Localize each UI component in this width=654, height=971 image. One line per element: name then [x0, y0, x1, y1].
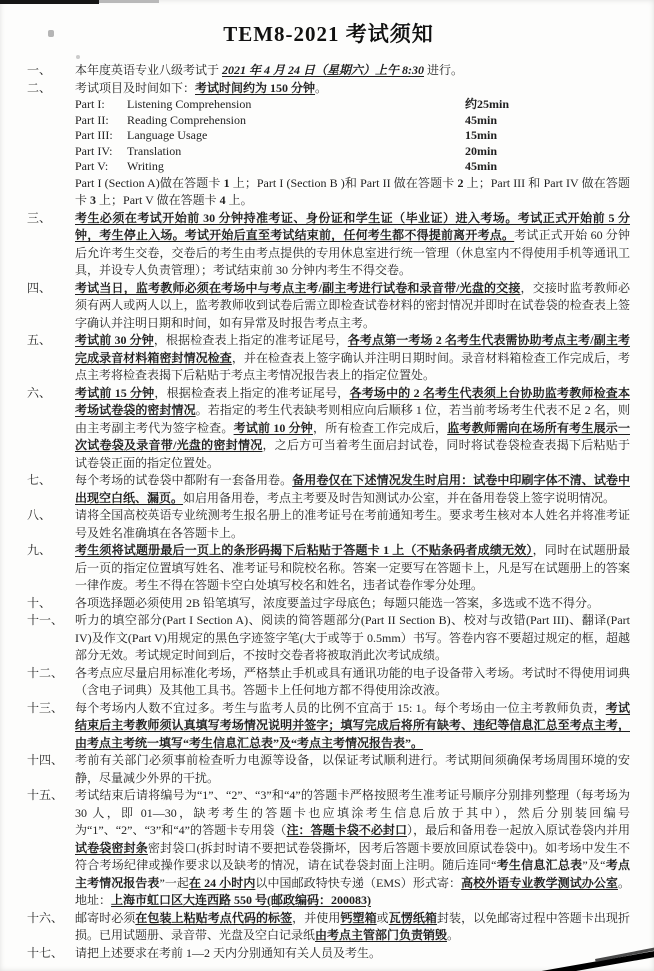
text-segment: ，根据检查表上指定的准考证尾号，: [154, 386, 349, 400]
text-segment: 各考点应尽量启用标准化考场，严格禁止手机或具有通讯功能的电子设备带入考场。考试时…: [75, 666, 630, 698]
notice-item: 一、本年度英语专业八级考试于 2021 年 4 月 24 日（星期六）上午 8:…: [27, 62, 630, 80]
notice-item: 十五、考试结束后请将编号为“1”、“2”、“3”和“4”的答题卡严格按照考生准考…: [27, 787, 630, 910]
text-segment: ，并使用: [292, 911, 340, 925]
text-segment: 或: [377, 911, 389, 925]
document-content: TEM8-2021 考试须知 一、本年度英语专业八级考试于 2021 年 4 月…: [0, 0, 654, 962]
text-segment: 每个考场内人数不宜过多。考生与监考人员的比例不宜高于 15: 1。每个考场由一位…: [75, 701, 606, 715]
text-segment: 各项选择题必须使用 2B 铅笔填写，浓度要盖过字母底色；每题只能选一答案，多选或…: [75, 596, 599, 610]
notice-item: 十四、考前有关部门必须事前检查听力电源等设备，以保证考试顺利进行。考试期间须确保…: [27, 752, 630, 787]
item-text: 邮寄时必须在包装上粘贴考点代码的标签，并使用钙塑箱或瓦愣纸箱封装，以免邮寄过程中…: [75, 910, 630, 945]
item-number: 十一、: [27, 612, 75, 630]
text-segment: 以中国邮政特快专递（EMS）形式寄：: [255, 876, 461, 890]
text-segment: 请将全国高校英语专业统测考生报名册上的准考证号在考前通知考生。要求考生核对本人姓…: [75, 508, 630, 540]
text-segment: 听力的填空部分(Part I Section A)、阅读的简答题部分(Part …: [75, 613, 630, 662]
text-segment: ”及“: [582, 858, 605, 872]
text-segment: 如启用备用卷，考点主考要及时告知测试办公室，并在备用卷袋上签字说明情况。: [183, 491, 615, 505]
item-number: 十七、: [27, 945, 75, 963]
item-text: 考生须将试题册最后一页上的条形码揭下后粘贴于答题卡 1 上（不贴条码者成绩无效）…: [75, 542, 630, 595]
text-segment: ，所有检查工作完成后，: [313, 421, 447, 435]
scan-artifact-smudge: [48, 30, 54, 37]
item-text: 各考点应尽量启用标准化考场，严格禁止手机或具有通讯功能的电子设备带入考场。考试时…: [75, 665, 630, 700]
text-segment: 2021 年 4 月 24 日（星期六）上午 8:30: [222, 63, 424, 77]
notice-item: 三、考生必须在考试开始前 30 分钟持准考证、身份证和学生证（毕业证）进入考场。…: [27, 210, 630, 280]
item-number: 十二、: [27, 665, 75, 683]
item-text: 各项选择题必须使用 2B 铅笔填写，浓度要盖过字母底色；每题只能选一答案，多选或…: [75, 595, 630, 613]
notice-item: 十六、邮寄时必须在包装上粘贴考点代码的标签，并使用钙塑箱或瓦愣纸箱封装，以免邮寄…: [27, 910, 630, 945]
text-segment: ），最后和备用卷一起放入原试卷袋内并用: [407, 823, 630, 837]
item-text: 请把上述要求在考前 1—2 天内分别通知有关人员及考生。: [75, 945, 630, 963]
exam-part-row: Part I:Listening Comprehension约25min: [75, 97, 527, 113]
item-number: 一、: [27, 62, 75, 80]
notice-item: 八、请将全国高校英语专业统测考生报名册上的准考证号在考前通知考生。要求考生核对本…: [27, 507, 630, 542]
text-segment: 由考点主管部门负责销毁: [315, 928, 447, 942]
text-segment: 上海市虹口区大连西路 550 号(邮政编码：200083): [111, 893, 371, 907]
part-name: Listening Comprehension: [127, 97, 465, 113]
item-number: 五、: [27, 332, 75, 350]
part-name: Language Usage: [127, 128, 465, 144]
notice-item: 六、考试前 15 分钟，根据检查表上指定的准考证尾号，各考场中的 2 名考生代表…: [27, 385, 630, 473]
part-name: Writing: [127, 159, 465, 175]
notice-item: 十七、请把上述要求在考前 1—2 天内分别通知有关人员及考生。: [27, 945, 630, 963]
item-text: 考生必须在考试开始前 30 分钟持准考证、身份证和学生证（毕业证）进入考场。考试…: [75, 210, 630, 280]
item-number: 十四、: [27, 752, 75, 770]
text-segment: 在 24 小时内: [189, 876, 255, 890]
part-label: Part II:: [75, 113, 127, 129]
text-segment: 考生信息汇总表: [496, 858, 582, 872]
text-segment: 邮寄时必须: [75, 911, 135, 925]
text-segment: Part I (Section A)做在答题卡: [75, 176, 224, 190]
text-segment: 上；Part V 做在答题卡: [96, 193, 220, 207]
text-segment: 上。: [226, 193, 253, 207]
item-text: 考前有关部门必须事前检查听力电源等设备，以保证考试顺利进行。考试期间须确保考场周…: [75, 752, 630, 787]
document-page: TEM8-2021 考试须知 一、本年度英语专业八级考试于 2021 年 4 月…: [0, 0, 654, 971]
text-segment: 注：答题卡袋不必封口: [286, 823, 407, 837]
text-segment: 钙塑箱: [340, 911, 376, 925]
part-name: Reading Comprehension: [127, 113, 465, 129]
part-label: Part V:: [75, 159, 127, 175]
item-text: 每个考场的试卷袋中都附有一套备用卷。备用卷仅在下述情况发生时启用：试卷中印刷字体…: [75, 472, 630, 507]
exam-part-row: Part II:Reading Comprehension45min: [75, 113, 527, 129]
part-duration: 15min: [465, 128, 527, 144]
item-number: 九、: [27, 542, 75, 560]
exam-part-row: Part III:Language Usage15min: [75, 128, 527, 144]
text-segment: 考试项目及时间如下：: [75, 81, 195, 95]
item-text: 考试当日，监考教师必须在考场中与考点主考/副主考进行试卷和录音带/光盘的交接，交…: [75, 280, 630, 333]
item-number: 三、: [27, 210, 75, 228]
text-segment: 考前有关部门必须事前检查听力电源等设备，以保证考试顺利进行。考试期间须确保考场周…: [75, 753, 630, 785]
part-duration: 约25min: [465, 97, 527, 113]
item-number: 四、: [27, 280, 75, 298]
text-segment: ，根据检查表上指定的准考证尾号，: [154, 333, 348, 347]
item-number: 八、: [27, 507, 75, 525]
text-segment: ”一起: [159, 876, 189, 890]
part-label: Part I:: [75, 97, 127, 113]
scan-artifact-smudge-2: [76, 55, 80, 59]
notice-list: 一、本年度英语专业八级考试于 2021 年 4 月 24 日（星期六）上午 8:…: [27, 62, 630, 962]
text-segment: 高校外语专业教学测试办公室: [461, 876, 618, 890]
item-text: 考试项目及时间如下：考试时间约为 150 分钟。Part I:Listening…: [75, 80, 630, 210]
notice-item: 十二、各考点应尽量启用标准化考场，严格禁止手机或具有通讯功能的电子设备带入考场。…: [27, 665, 630, 700]
text-segment: 考试当日，监考教师必须在考场中与考点主考/副主考进行试卷和录音带/光盘的交接: [75, 281, 521, 295]
notice-item: 七、每个考场的试卷袋中都附有一套备用卷。备用卷仅在下述情况发生时启用：试卷中印刷…: [27, 472, 630, 507]
text-segment: 上；Part I (Section B )和 Part II 做在答题卡: [230, 176, 458, 190]
item-number: 二、: [27, 80, 75, 98]
item-number: 六、: [27, 385, 75, 403]
text-segment: 考试时间约为 150 分钟: [195, 81, 315, 95]
item-text: 考试结束后请将编号为“1”、“2”、“3”和“4”的答题卡严格按照考生准考证号顺…: [75, 787, 630, 910]
page-title: TEM8-2021 考试须知: [27, 18, 630, 48]
answer-sheet-note: Part I (Section A)做在答题卡 1 上；Part I (Sect…: [75, 175, 630, 210]
part-label: Part IV:: [75, 144, 127, 160]
part-duration: 45min: [465, 113, 527, 129]
item-text: 考试前 15 分钟，根据检查表上指定的准考证尾号，各考场中的 2 名考生代表须上…: [75, 385, 630, 473]
text-segment: 请把上述要求在考前 1—2 天内分别通知有关人员及考生。: [75, 946, 381, 960]
item-text: 本年度英语专业八级考试于 2021 年 4 月 24 日（星期六）上午 8:30…: [75, 62, 630, 80]
scan-artifact-top-bar: [0, 0, 99, 4]
notice-item: 十一、听力的填空部分(Part I Section A)、阅读的简答题部分(Pa…: [27, 612, 630, 665]
item-text: 听力的填空部分(Part I Section A)、阅读的简答题部分(Part …: [75, 612, 630, 665]
part-name: Translation: [127, 144, 465, 160]
text-segment: 3: [87, 193, 96, 207]
text-segment: 考试前 30 分钟: [75, 333, 154, 347]
text-segment: 考试前 15 分钟: [75, 386, 154, 400]
exam-part-row: Part V:Writing45min: [75, 159, 527, 175]
text-segment: 。: [447, 928, 459, 942]
text-segment: 考生须将试题册最后一页上的条形码揭下后粘贴于答题卡 1 上（不贴条码者成绩无效）: [75, 543, 533, 557]
item-number: 十五、: [27, 787, 75, 805]
text-segment: 每个考场的试卷袋中都附有一套备用卷。: [75, 473, 292, 487]
text-segment: 本年度英语专业八级考试于: [75, 63, 222, 77]
text-segment: 瓦愣纸箱: [389, 911, 437, 925]
text-segment: 。: [315, 81, 327, 95]
text-segment: 进行。: [424, 63, 463, 77]
text-segment: 在包装上粘贴考点代码的标签: [135, 911, 292, 925]
notice-item: 十、各项选择题必须使用 2B 铅笔填写，浓度要盖过字母底色；每题只能选一答案，多…: [27, 595, 630, 613]
notice-item: 九、考生须将试题册最后一页上的条形码揭下后粘贴于答题卡 1 上（不贴条码者成绩无…: [27, 542, 630, 595]
notice-item: 十三、每个考场内人数不宜过多。考生与监考人员的比例不宜高于 15: 1。每个考场…: [27, 700, 630, 753]
notice-item: 二、考试项目及时间如下：考试时间约为 150 分钟。Part I:Listeni…: [27, 80, 630, 210]
notice-item: 四、考试当日，监考教师必须在考场中与考点主考/副主考进行试卷和录音带/光盘的交接…: [27, 280, 630, 333]
item-number: 十三、: [27, 700, 75, 718]
exam-part-row: Part IV:Translation20min: [75, 144, 527, 160]
item-number: 十、: [27, 595, 75, 613]
text-segment: 考试前 10 分钟: [234, 421, 313, 435]
item-text: 考试前 30 分钟，根据检查表上指定的准考证尾号，各考点第一考场 2 名考生代表…: [75, 332, 630, 385]
part-duration: 20min: [465, 144, 527, 160]
text-segment: 试卷袋密封条: [75, 841, 148, 855]
item-number: 七、: [27, 472, 75, 490]
item-text: 请将全国高校英语专业统测考生报名册上的准考证号在考前通知考生。要求考生核对本人姓…: [75, 507, 630, 542]
item-number: 十六、: [27, 910, 75, 928]
item-text: 每个考场内人数不宜过多。考生与监考人员的比例不宜高于 15: 1。每个考场由一位…: [75, 700, 630, 753]
notice-item: 五、考试前 30 分钟，根据检查表上指定的准考证尾号，各考点第一考场 2 名考生…: [27, 332, 630, 385]
part-label: Part III:: [75, 128, 127, 144]
part-duration: 45min: [465, 159, 527, 175]
